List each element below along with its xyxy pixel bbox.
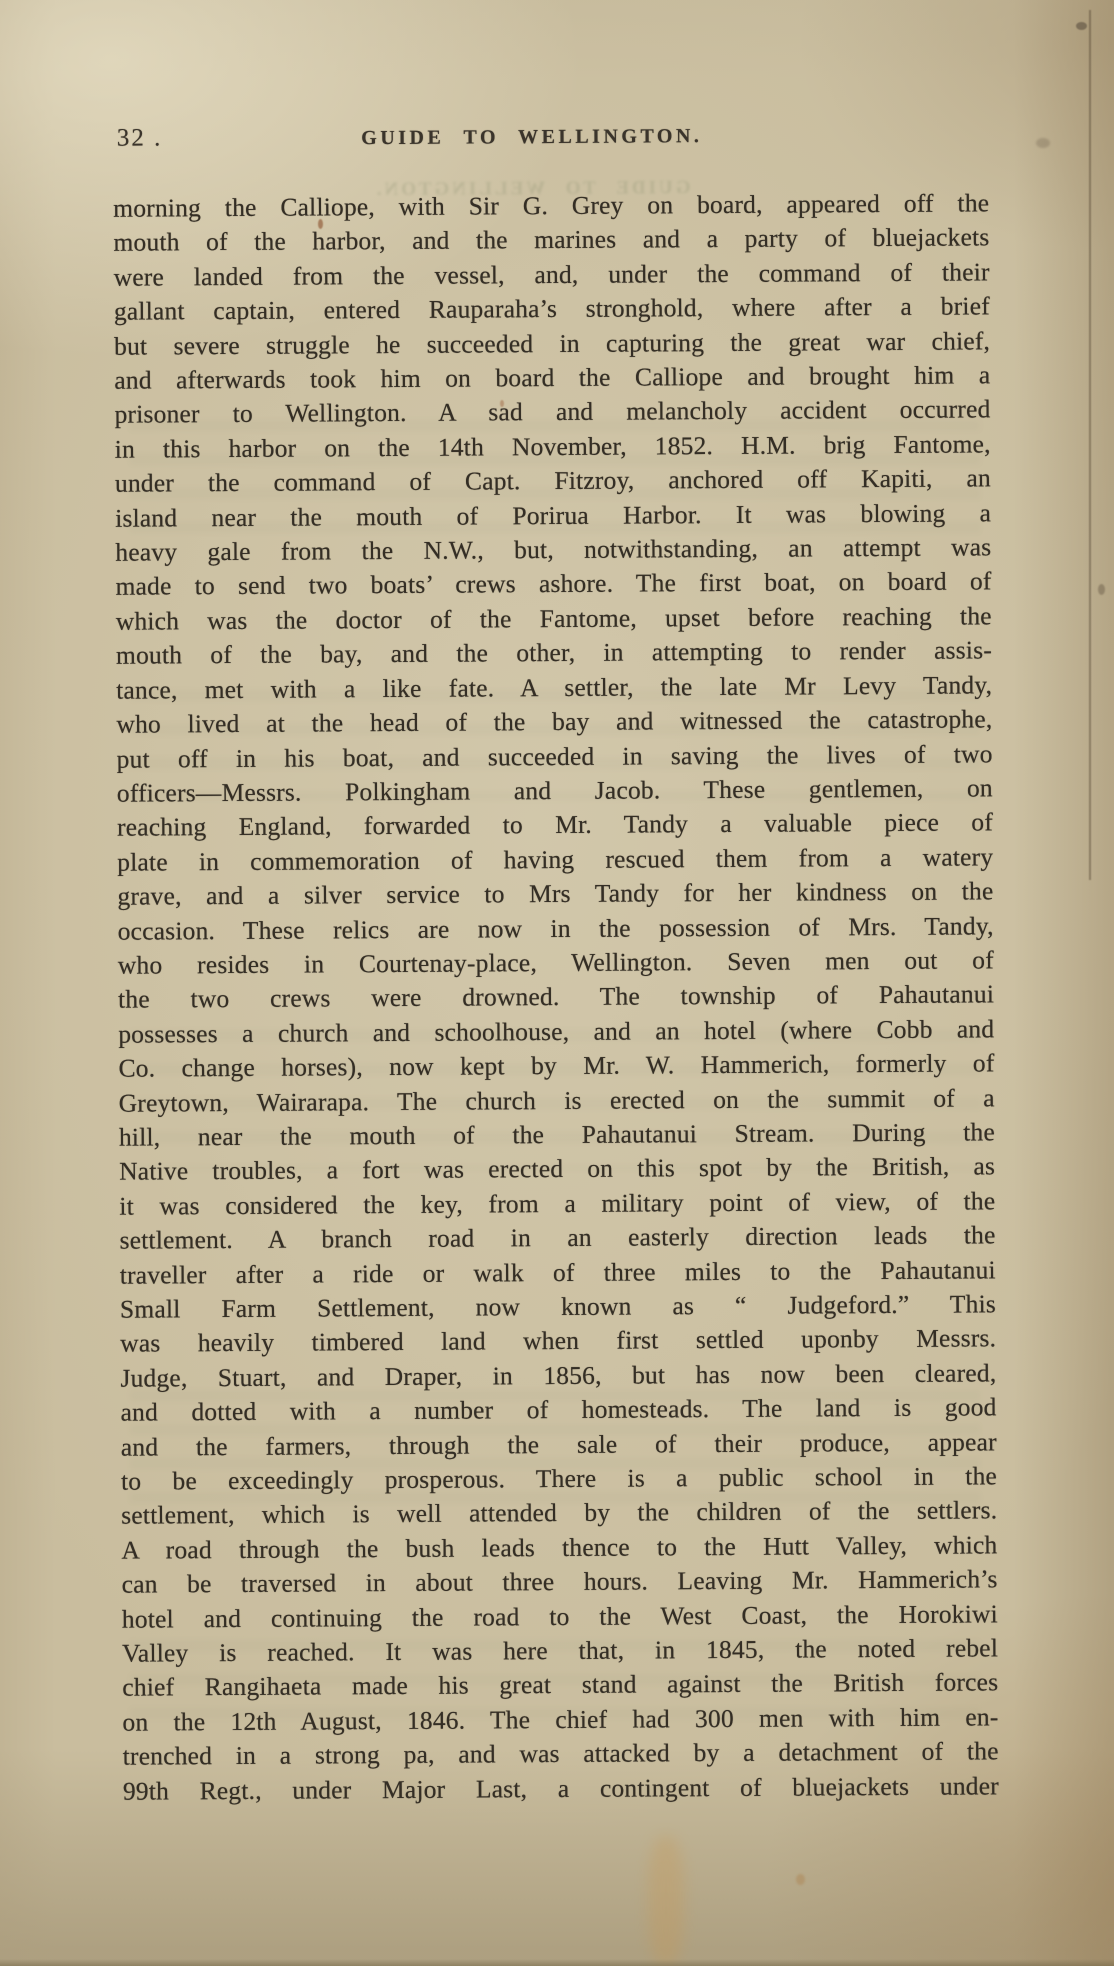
- text-line: island near the mouth of Porirua Harbor.…: [115, 496, 991, 536]
- text-line: made to send two boats’ crews ashore. Th…: [115, 565, 991, 605]
- text-line: and dotted with a number of homesteads. …: [121, 1391, 997, 1431]
- text-line: hill, near the mouth of the Pahautanui S…: [119, 1115, 995, 1155]
- text-line: officers—Messrs. Polkingham and Jacob. T…: [117, 771, 993, 811]
- text-line: were landed from the vessel, and, under …: [114, 255, 990, 295]
- text-line: grave, and a silver service to Mrs Tandy…: [117, 874, 993, 914]
- text-line: Greytown, Wairarapa. The church is erect…: [119, 1081, 995, 1121]
- text-line: mouth of the harbor, and the marines and…: [113, 221, 989, 261]
- text-line: tance, met with a like fate. A settler, …: [116, 668, 992, 708]
- text-line: and afterwards took him on board the Cal…: [114, 358, 990, 398]
- scanned-page: 32 . GUIDE TO WELLINGTON. GUIDE TO WELLI…: [0, 0, 1114, 1966]
- text-line: possesses a church and schoolhouse, and …: [118, 1012, 994, 1052]
- text-line: on the 12th August, 1846. The chief had …: [122, 1700, 998, 1740]
- text-line: who lived at the head of the bay and wit…: [116, 702, 992, 742]
- text-line: to be exceedingly prosperous. There is a…: [121, 1459, 997, 1499]
- page-content: 32 . GUIDE TO WELLINGTON. GUIDE TO WELLI…: [0, 0, 1114, 1966]
- text-line: plate in commemoration of having rescued…: [117, 840, 993, 880]
- text-line: chief Rangihaeta made his great stand ag…: [122, 1666, 998, 1706]
- text-line: trenched in a strong pa, and was attacke…: [123, 1735, 999, 1775]
- text-line: gallant captain, entered Rauparaha’s str…: [114, 290, 990, 330]
- text-line: traveller after a ride or walk of three …: [120, 1253, 996, 1293]
- text-line: Valley is reached. It was here that, in …: [122, 1631, 998, 1671]
- text-line: hotel and continuing the road to the Wes…: [122, 1597, 998, 1637]
- text-line: reaching England, forwarded to Mr. Tandy…: [117, 806, 993, 846]
- text-line: was heavily timbered land when first set…: [120, 1322, 996, 1362]
- text-line: Judge, Stuart, and Draper, in 1856, but …: [120, 1356, 996, 1396]
- text-line: and the farmers, through the sale of the…: [121, 1425, 997, 1465]
- text-line: Small Farm Settlement, now known as “ Ju…: [120, 1287, 996, 1327]
- text-line: which was the doctor of the Fantome, ups…: [116, 599, 992, 639]
- text-line: in this harbor on the 14th November, 185…: [115, 427, 991, 467]
- text-line: put off in his boat, and succeeded in sa…: [117, 737, 993, 777]
- body-text: morning the Calliope, with Sir G. Grey o…: [113, 186, 999, 1808]
- text-line: morning the Calliope, with Sir G. Grey o…: [113, 186, 989, 226]
- text-line: can be traversed in about three hours. L…: [122, 1563, 998, 1603]
- text-line: settlement. A branch road in an easterly…: [119, 1219, 995, 1259]
- text-line: A road through the bush leads thence to …: [121, 1528, 997, 1568]
- text-line: 99th Regt., under Major Last, a continge…: [123, 1769, 999, 1809]
- text-line: the two crews were drowned. The township…: [118, 978, 994, 1018]
- text-line: under the command of Capt. Fitzroy, anch…: [115, 462, 991, 502]
- text-line: settlement, which is well attended by th…: [121, 1494, 997, 1534]
- text-line: mouth of the bay, and the other, in atte…: [116, 634, 992, 674]
- text-line: prisoner to Wellington. A sad and melanc…: [114, 393, 990, 433]
- text-line: occasion. These relics are now in the po…: [118, 909, 994, 949]
- text-line: heavy gale from the N.W., but, notwithst…: [115, 530, 991, 570]
- text-line: Native troubles, a fort was erected on t…: [119, 1150, 995, 1190]
- text-line: Co. change horses), now kept by Mr. W. H…: [118, 1046, 994, 1086]
- text-line: but severe struggle he succeeded in capt…: [114, 324, 990, 364]
- text-line: it was considered the key, from a milita…: [119, 1184, 995, 1224]
- text-line: who resides in Courtenay-place, Wellingt…: [118, 943, 994, 983]
